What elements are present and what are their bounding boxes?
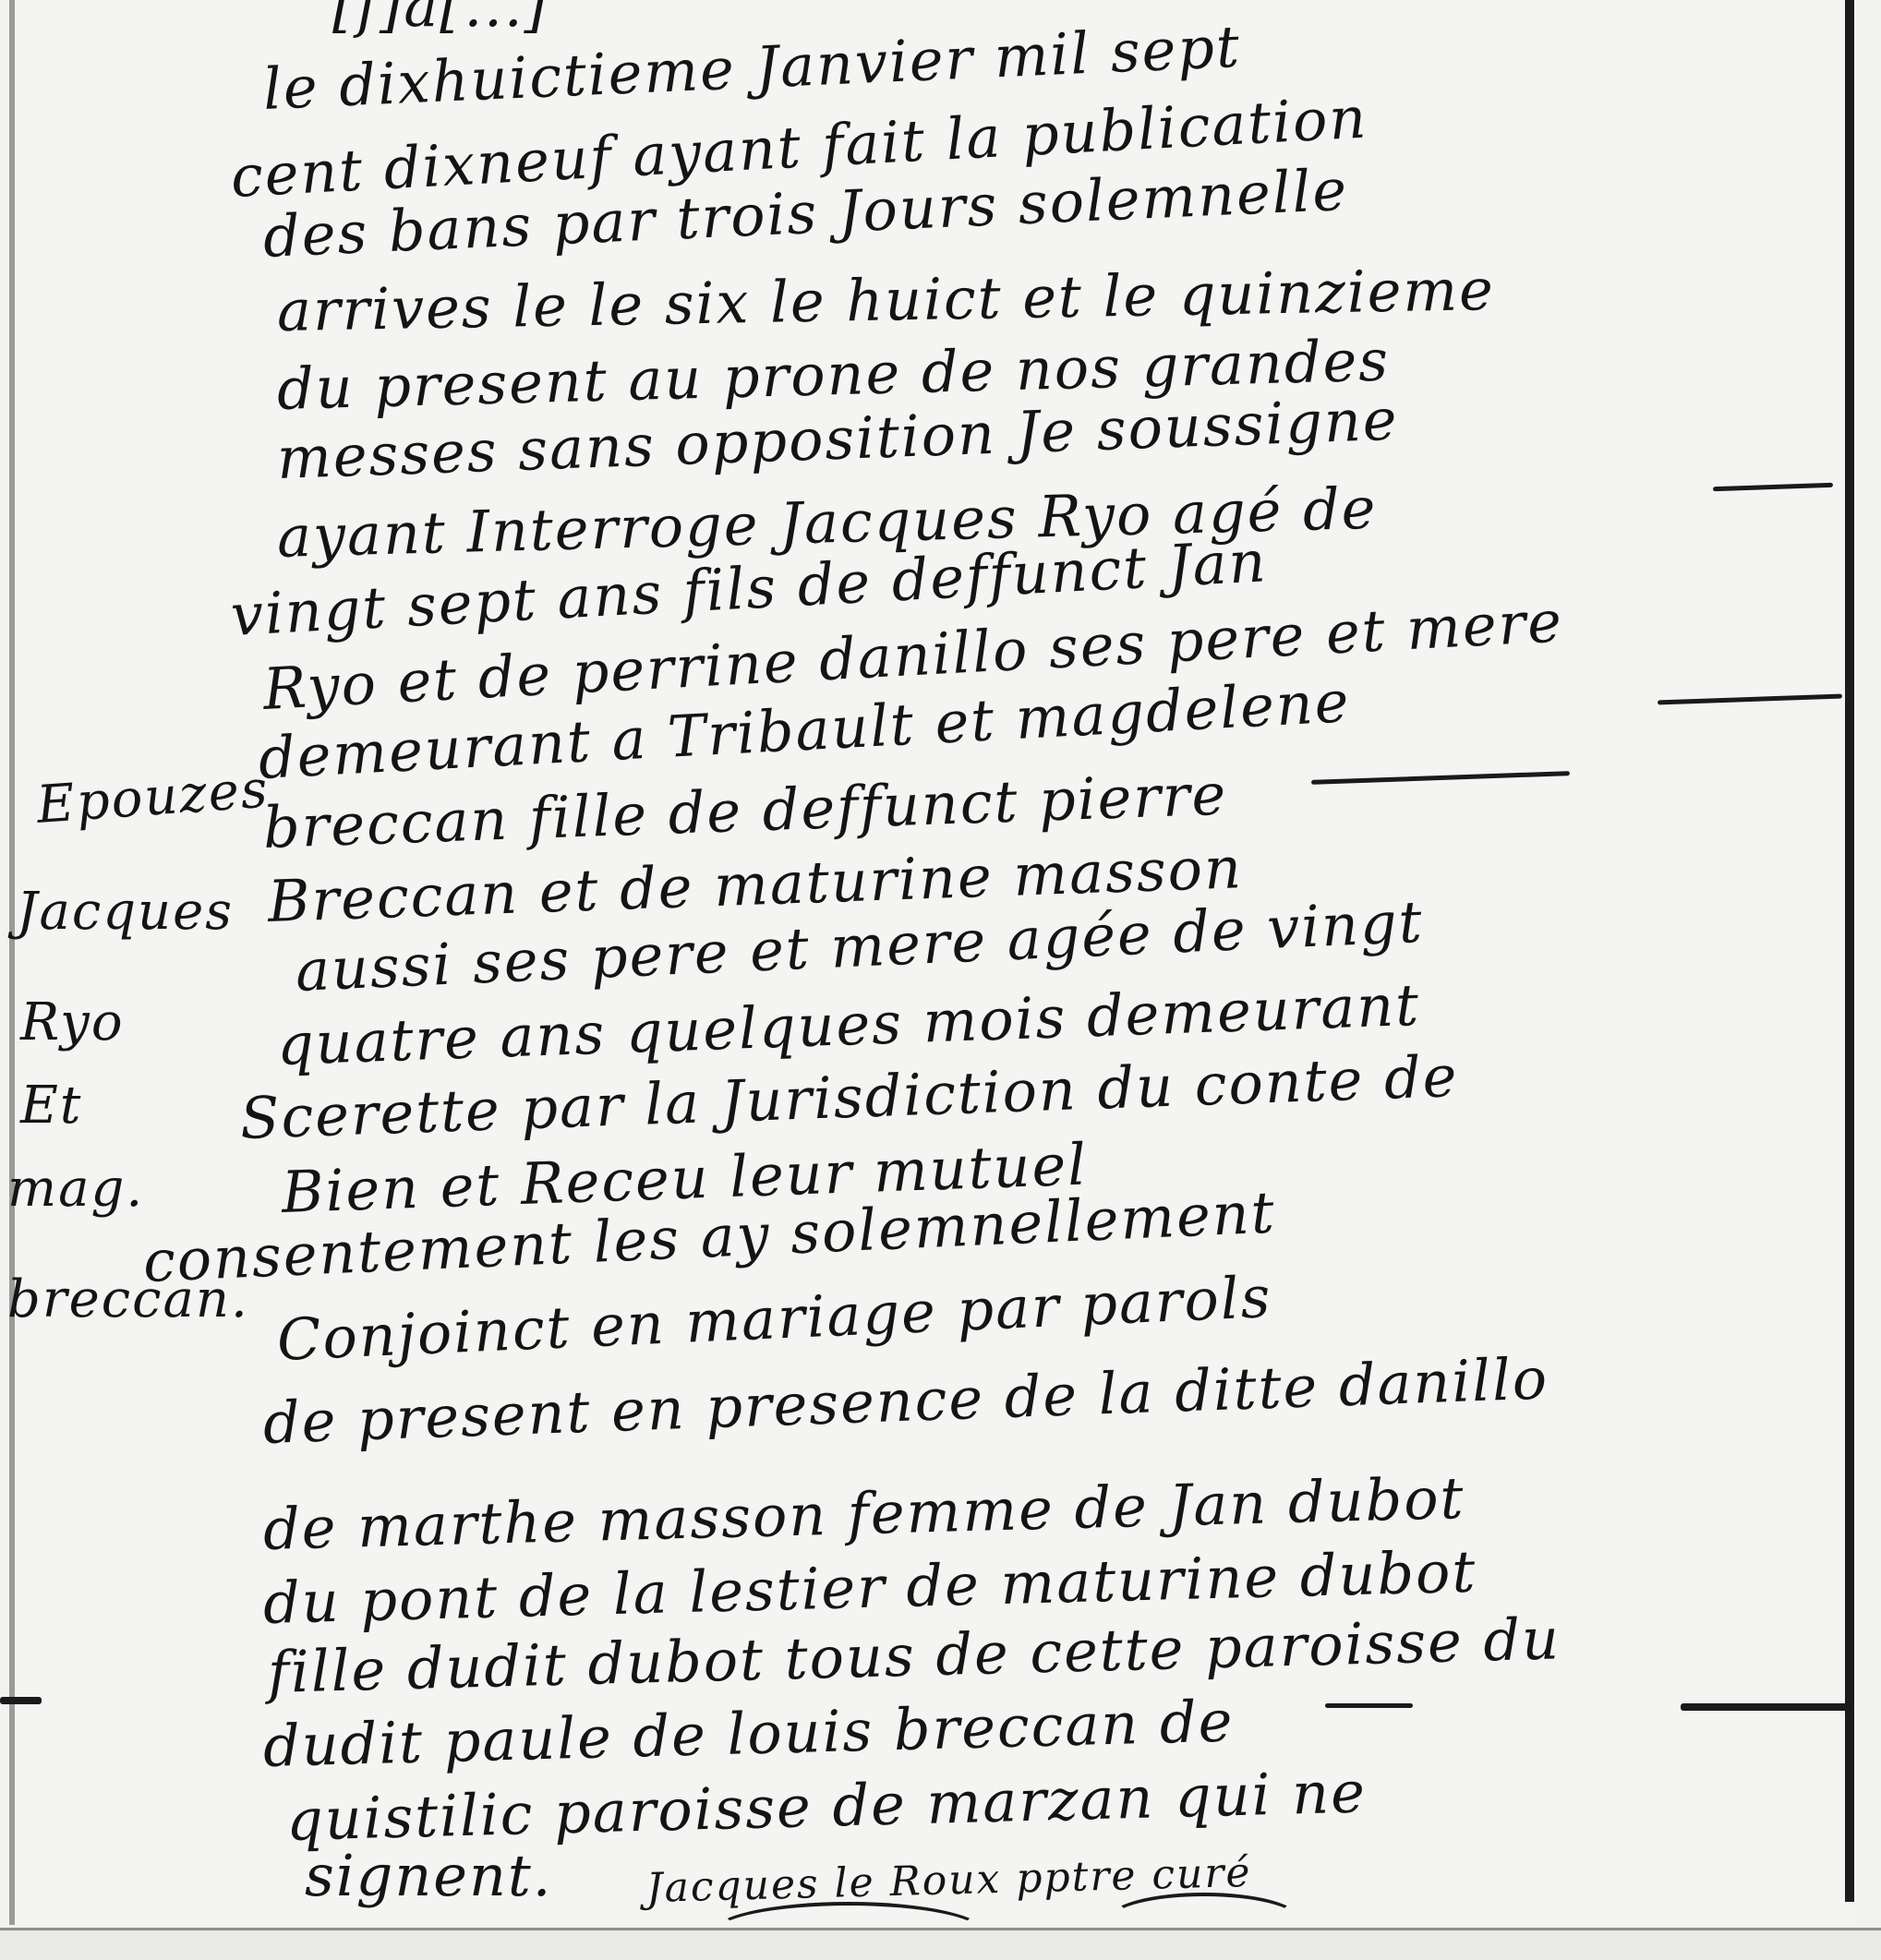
line-filler-rule xyxy=(1681,1703,1851,1711)
text-line: signent. xyxy=(305,1842,553,1909)
signature-flourish xyxy=(711,1902,986,1960)
margin-note-line: Ryo xyxy=(20,992,125,1052)
margin-note-line: Et xyxy=(20,1076,82,1136)
margin-note-line: mag. xyxy=(7,1159,144,1219)
margin-mark xyxy=(0,1697,42,1704)
margin-note-line: Jacques xyxy=(17,882,234,942)
page-binding-edge xyxy=(1845,0,1854,1902)
text-line: [f]a[...] xyxy=(332,0,549,40)
line-filler-rule xyxy=(1325,1703,1413,1708)
signature-flourish xyxy=(1108,1893,1300,1946)
